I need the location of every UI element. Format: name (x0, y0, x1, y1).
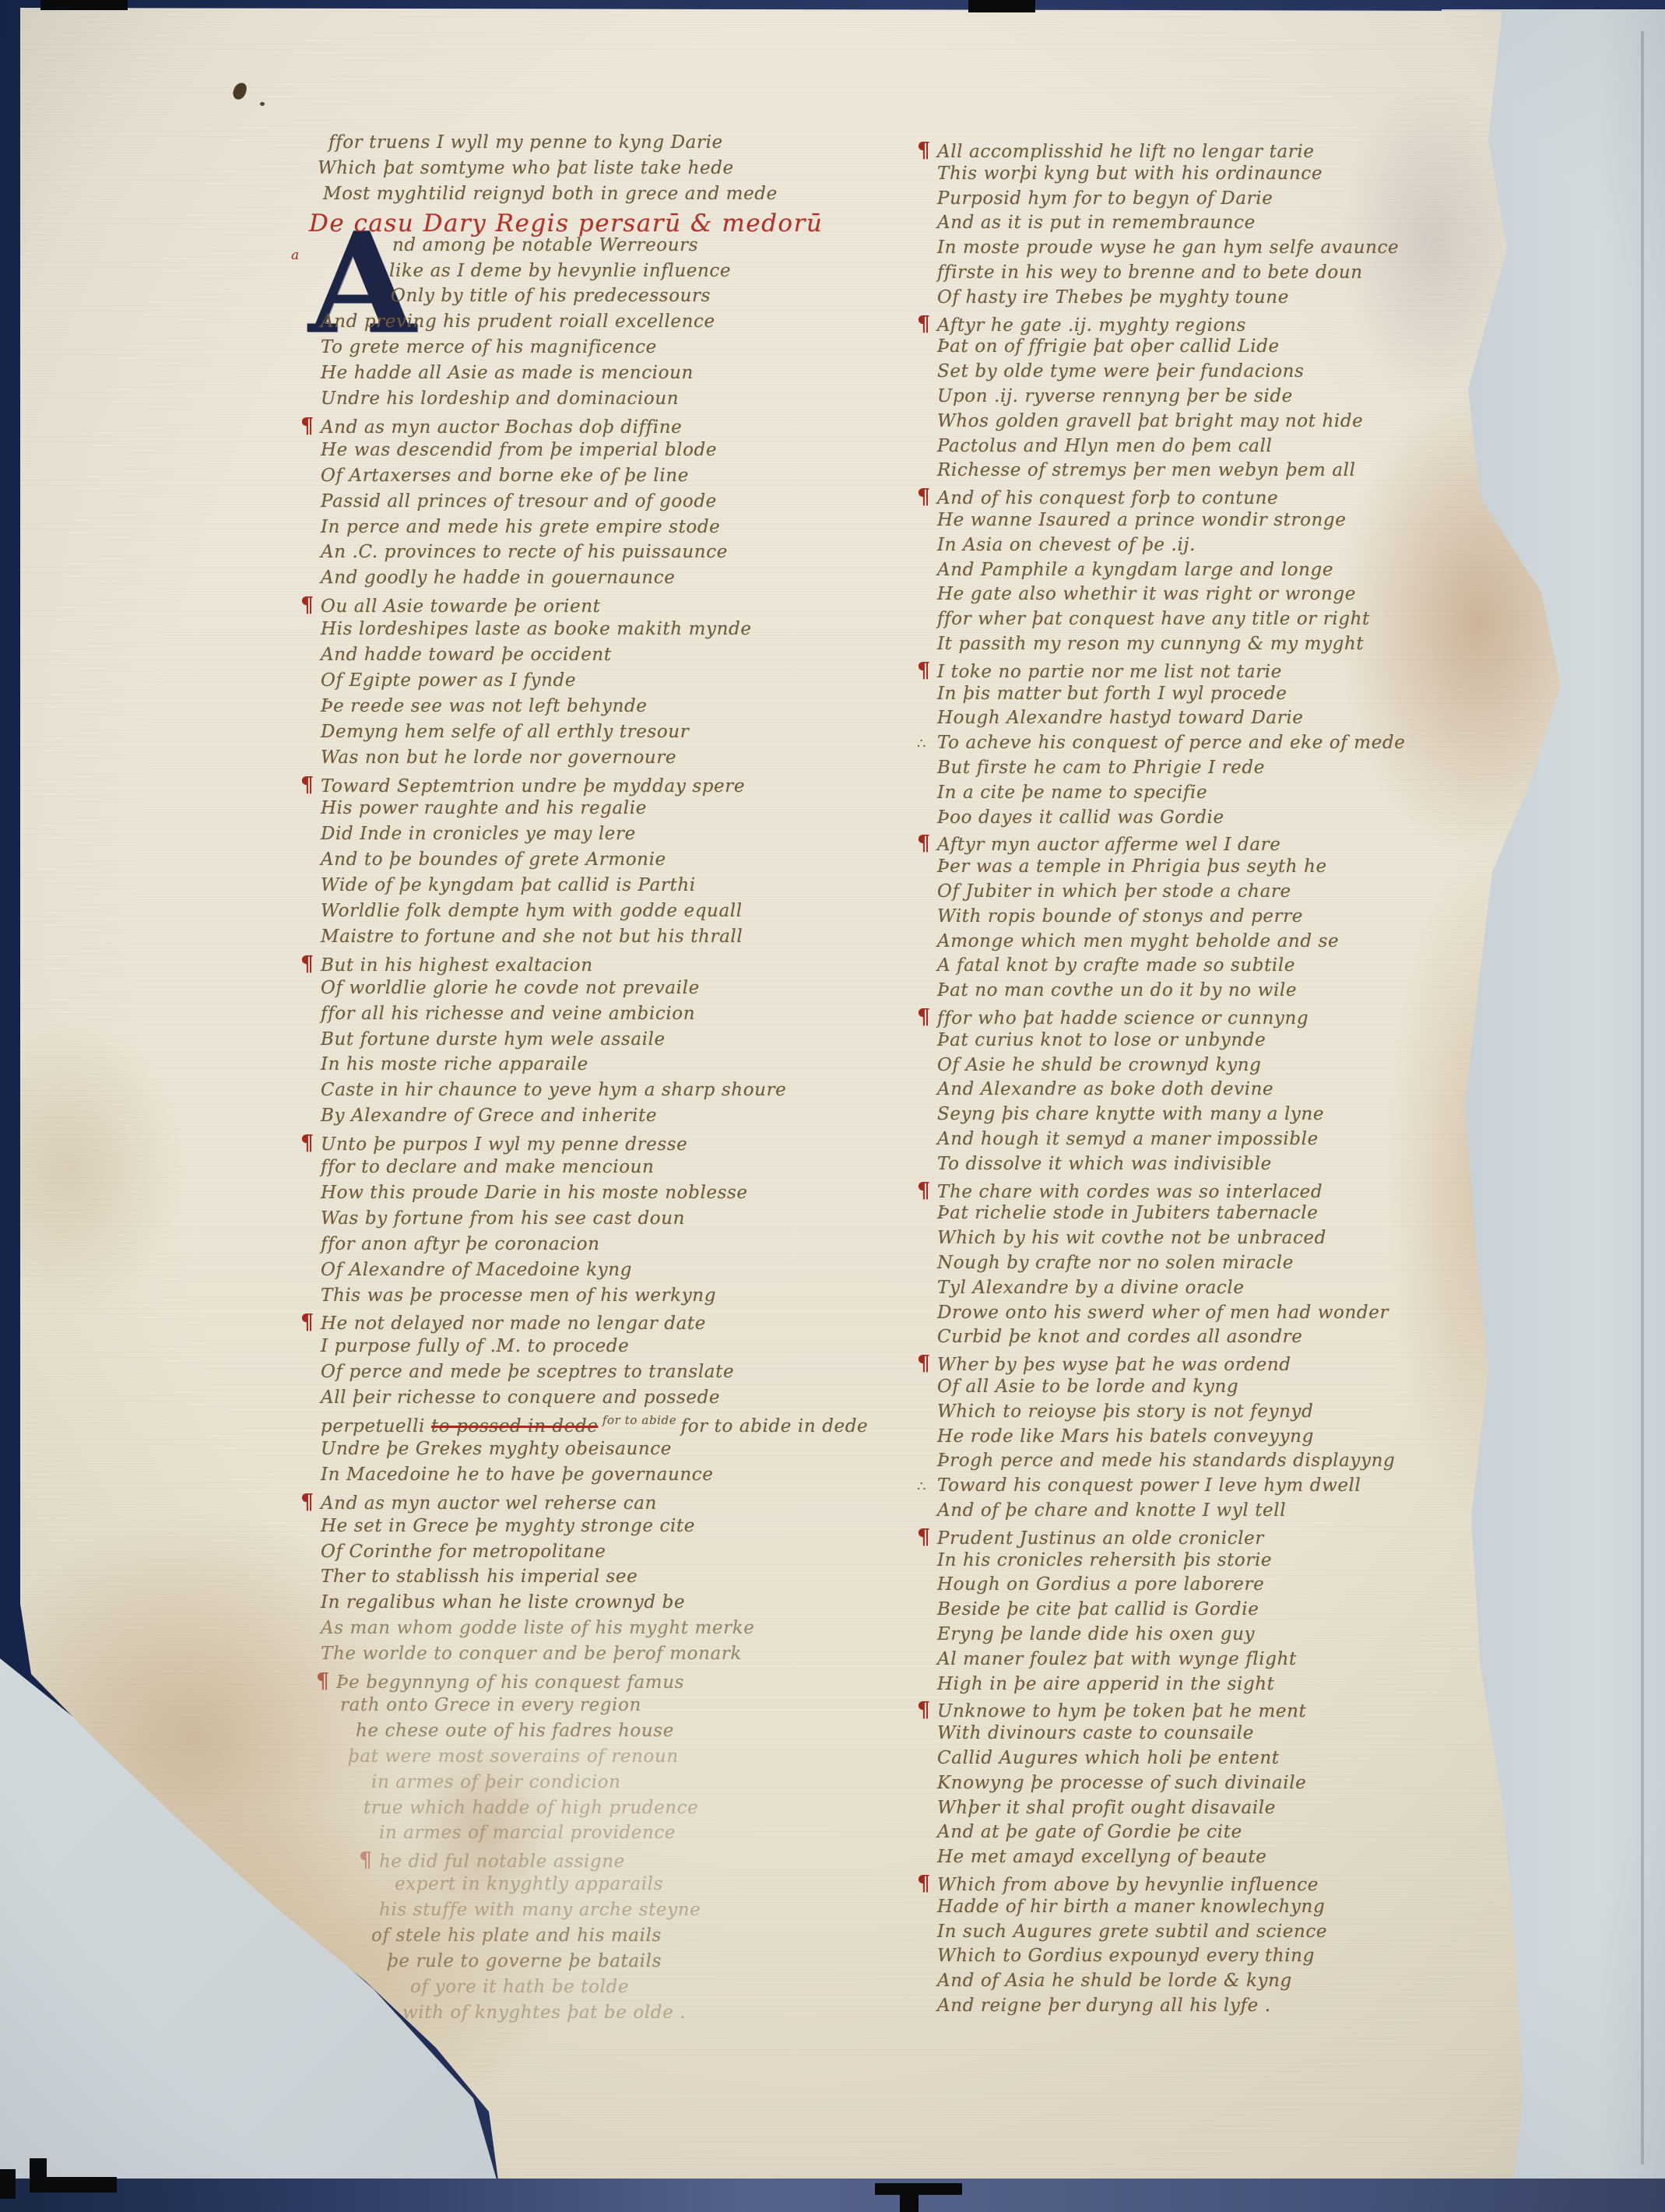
pilcrow-mark: ¶ (917, 1525, 937, 1549)
line-text: nd among þe notable Werreours (392, 235, 698, 255)
line-text: Of perce and mede þe sceptres to transla… (321, 1362, 734, 1382)
line-text: Only by title of his predecessours (391, 286, 711, 306)
verse-line: Of Asie he shuld be crownyd kyng (917, 1055, 1262, 1078)
line-text: He rode like Mars his batels conveyyng (937, 1426, 1314, 1447)
line-segment-pre: perpetuelli (321, 1416, 431, 1437)
line-text: This worþi kyng but with his ordinaunce (937, 164, 1323, 184)
guide-letter: a (291, 248, 299, 263)
line-text: he chese oute of his fadres house (356, 1721, 674, 1741)
line-text: Þe begynnyng of his conquest famus (336, 1672, 684, 1693)
line-text: ffor all his richesse and veine ambicion (321, 1004, 695, 1024)
verse-line: High in þe aire apperid in the sight (917, 1674, 1275, 1697)
verse-line: expert in knyghtly apparails (374, 1874, 663, 1897)
line-text: Al maner foulez þat with wynge flight (937, 1649, 1297, 1669)
verse-line: He met amayd excellyng of beaute (917, 1847, 1266, 1870)
verse-line: ¶And as myn auctor Bochas doþ diffine (300, 414, 682, 438)
verse-line: As man whom godde liste of his myght mer… (300, 1618, 754, 1641)
line-text: ffor anon aftyr þe coronacion (321, 1234, 599, 1254)
line-text: Þat richelie stode in Jubiters tabernacl… (937, 1203, 1318, 1223)
verse-line: Þe reede see was not left behynde (300, 696, 648, 719)
verse-line: And hadde toward þe occident (300, 645, 612, 668)
verse-line: ¶I toke no partie nor me list not tarie (917, 659, 1282, 682)
verse-line: Knowyng þe processe of such divinaile (917, 1773, 1306, 1796)
verse-line: Þrogh perce and mede his standards displ… (917, 1451, 1395, 1474)
verse-line: Upon .ij. ryverse rennyng þer be side (917, 386, 1293, 410)
line-text: In his cronicles rehersith þis storie (937, 1550, 1272, 1570)
line-text: Demyng hem selfe of all erthly tresour (321, 722, 689, 742)
line-text: Toward Septemtrion undre þe mydday spere (321, 776, 745, 797)
verse-line: Was by fortune from his see cast doun (300, 1208, 685, 1232)
line-text: And as it is put in remembraunce (937, 213, 1256, 233)
line-text: of stele his plate and his mails (371, 1925, 662, 1946)
verse-line: ¶he did ful notable assigne (359, 1848, 625, 1872)
line-text: But in his highest exaltacion (321, 955, 593, 976)
verse-line: ¶Which from above by hevynlie influence (917, 1872, 1319, 1895)
line-text: As man whom godde liste of his myght mer… (321, 1618, 754, 1638)
verse-line: But firste he cam to Phrigie I rede (917, 758, 1265, 781)
verse-line: Of Artaxerses and borne eke of þe line (300, 466, 689, 489)
verse-line: Undre his lordeship and dominacioun (300, 389, 679, 412)
line-text: And at þe gate of Gordie þe cite (937, 1822, 1242, 1842)
line-text: All accomplisshid he lift no lengar tari… (937, 142, 1315, 162)
verse-line: Pactolus and Hlyn men do þem call (917, 436, 1273, 459)
line-text: And of his conquest forþ to contune (937, 488, 1278, 508)
verse-line: Callid Augures which holi þe entent (917, 1748, 1280, 1771)
verse-line: How this proude Darie in his moste noble… (300, 1183, 748, 1206)
line-text: Of all Asie to be lorde and kyng (937, 1377, 1238, 1397)
line-text: Undre his lordeship and dominacioun (321, 389, 679, 409)
verse-line: he chese oute of his fadres house (335, 1721, 674, 1744)
verse-line: He hadde all Asie as made is mencioun (300, 363, 694, 386)
verse-line: Eryng þe lande dide his oxen guy (917, 1624, 1255, 1648)
verse-line: Drowe onto his swerd wher of men had won… (917, 1303, 1389, 1326)
pilcrow-mark: ¶ (359, 1848, 379, 1873)
verse-line: And preving his prudent roiall excellenc… (300, 311, 715, 335)
verse-line: Of Corinthe for metropolitane (300, 1542, 606, 1565)
line-text: Of Jubiter in which þer stode a chare (937, 881, 1291, 902)
verse-line: ffor to declare and make mencioun (300, 1157, 654, 1180)
verse-line: And to þe boundes of grete Armonie (300, 849, 666, 873)
line-text: He set in Grece þe myghty stronge cite (321, 1516, 695, 1536)
line-text: Ther to stablissh his imperial see (321, 1567, 638, 1587)
verse-line: Wide of þe kyngdam þat callid is Parthi (300, 875, 696, 899)
verse-line: nd among þe notable Werreours (372, 235, 698, 258)
line-text: ffor wher þat conquest have any title or… (937, 609, 1370, 629)
line-text: Drowe onto his swerd wher of men had won… (937, 1303, 1389, 1323)
line-text: with of knyghtes þat be olde . (402, 2003, 686, 2023)
verse-line: Purposid hym for to begyn of Darie (917, 188, 1273, 212)
line-text: Unto þe purpos I wyl my penne dresse (321, 1134, 687, 1155)
pilcrow-mark: ¶ (300, 773, 321, 797)
line-text: To acheve his conquest of perce and eke … (937, 733, 1405, 753)
verse-line: Did Inde in cronicles ye may lere (300, 824, 636, 847)
line-text: Þer was a temple in Phrigia þus seyth he (937, 856, 1327, 877)
line-text: And of þe chare and knotte I wyl tell (937, 1500, 1286, 1521)
line-text: ffor to declare and make mencioun (321, 1157, 654, 1177)
verse-line: He was descendid from þe imperial blode (300, 440, 717, 463)
verse-line: And Alexandre as boke doth devine (917, 1079, 1273, 1102)
verse-line: In Macedoine he to have þe governaunce (300, 1465, 713, 1488)
line-text: his stuffe with many arche steyne (379, 1900, 701, 1920)
line-text: By Alexandre of Grece and inherite (321, 1106, 657, 1126)
line-text: The chare with cordes was so interlaced (937, 1182, 1323, 1202)
verse-line: Of hasty ire Thebes þe myghty toune (917, 287, 1289, 311)
line-text: Which to reioyse þis story is not feynyd (937, 1401, 1313, 1422)
verse-line: Curbid þe knot and cordes all asondre (917, 1327, 1303, 1350)
line-text: He not delayed nor made no lengar date (321, 1313, 706, 1334)
verse-line: In his moste riche apparaile (300, 1054, 588, 1078)
pilcrow-mark: ¶ (917, 1179, 937, 1203)
verse-line: Worldlie folk dempte hym with godde equa… (300, 901, 743, 924)
line-text: Which by his wit covthe not be unbraced (937, 1228, 1326, 1248)
line-text: Which to Gordius expounyd every thing (937, 1946, 1315, 1966)
verse-line: Which to Gordius expounyd every thing (917, 1946, 1315, 1969)
parchment-page: A a ffor truens I wyll my penne to kyng … (0, 0, 1665, 2212)
verse-line: In þis matter but forth I wyl procede (917, 684, 1287, 707)
line-text: And reigne þer duryng all his lyfe . (937, 1996, 1271, 2016)
line-text: Aftyr myn auctor afferme wel I dare (937, 835, 1280, 855)
verse-line: He rode like Mars his batels conveyyng (917, 1426, 1314, 1450)
verse-line: This was þe processe men of his werkyng (300, 1285, 716, 1309)
line-text: He was descendid from þe imperial blode (321, 440, 717, 460)
verse-line: in armes of marcial providence (359, 1823, 676, 1846)
verse-line: of stele his plate and his mails (351, 1925, 662, 1949)
verse-line: His power raughte and his regalie (300, 798, 647, 821)
ink-dot (260, 102, 265, 106)
line-text: In moste proude wyse he gan hym selfe av… (937, 237, 1399, 258)
verse-line: And at þe gate of Gordie þe cite (917, 1822, 1242, 1845)
pilcrow-mark: ¶ (917, 312, 937, 336)
line-text: he did ful notable assigne (379, 1852, 625, 1872)
line-text: And hadde toward þe occident (321, 645, 612, 665)
line-text: expert in knyghtly apparails (395, 1874, 663, 1894)
verse-line: ffor truens I wyll my penne to kyng Dari… (308, 132, 723, 156)
verse-line: Richesse of stremys þer men webyn þem al… (917, 460, 1356, 484)
line-text: Þoo dayes it callid was Gordie (937, 807, 1224, 828)
verse-line: ∴Toward his conquest power I leve hym dw… (917, 1475, 1361, 1499)
line-segment-sup: for to abide (599, 1413, 681, 1427)
line-text: Whþer it shal profit ought disavaile (937, 1798, 1276, 1818)
verse-line: of yore it hath be tolde (390, 1977, 629, 2000)
verse-line: The worlde to conquer and be þerof monar… (300, 1644, 742, 1667)
verse-line: Þat on of ffrigie þat oþer callid Lide (917, 336, 1280, 360)
line-text: Unknowe to hym þe token þat he ment (937, 1701, 1306, 1721)
line-text: Pactolus and Hlyn men do þem call (937, 436, 1273, 456)
verse-line: Demyng hem selfe of all erthly tresour (300, 722, 689, 745)
line-text: in armes of marcial providence (379, 1823, 676, 1843)
verse-line: Maistre to fortune and she not but his t… (300, 927, 743, 950)
line-text: But firste he cam to Phrigie I rede (937, 758, 1265, 778)
verse-line: þat were most soverains of renoun (328, 1746, 679, 1770)
line-text: His power raughte and his regalie (321, 798, 647, 818)
line-text: Caste in hir chaunce to yeve hym a sharp… (321, 1080, 786, 1100)
line-text: To grete merce of his magnificence (321, 337, 657, 357)
line-text: But fortune durste hym wele assaile (321, 1029, 666, 1050)
verse-line: ¶Unknowe to hym þe token þat he ment (917, 1698, 1306, 1721)
line-text: Þat curius knot to lose or unbynde (937, 1030, 1266, 1050)
line-text: Passid all princes of tresour and of goo… (321, 491, 717, 512)
verse-line: ffor anon aftyr þe coronacion (300, 1234, 599, 1257)
line-text: Curbid þe knot and cordes all asondre (937, 1327, 1303, 1347)
photo-backing-bottom (0, 2179, 1665, 2212)
pilcrow-mark: ¶ (300, 1310, 321, 1335)
line-text: And preving his prudent roiall excellenc… (321, 311, 715, 332)
line-text: Of Alexandre of Macedoine kyng (321, 1260, 632, 1280)
line-text: High in þe aire apperid in the sight (937, 1674, 1275, 1694)
line-text: Nough by crafte nor no solen miracle (937, 1253, 1294, 1273)
verse-line: And hough it semyd a maner impossible (917, 1129, 1319, 1152)
pilcrow-mark: ¶ (300, 1131, 321, 1155)
verse-line: Whþer it shal profit ought disavaile (917, 1798, 1276, 1821)
manuscript-photo: { "meta": { "description": "Medieval man… (0, 0, 1665, 2212)
line-text: Hadde of hir birth a maner knowlechyng (937, 1897, 1325, 1917)
verse-line: All þeir richesse to conquere and possed… (300, 1387, 720, 1411)
line-text: Which þat somtyme who þat liste take hed… (318, 158, 734, 178)
line-text: in armes of þeir condicion (371, 1772, 621, 1792)
verse-line: Ther to stablissh his imperial see (300, 1567, 638, 1590)
verse-line: Most myghtilid reignyd both in grece and… (303, 184, 778, 207)
verse-line: By Alexandre of Grece and inherite (300, 1106, 657, 1129)
verse-line: I purpose fully of .M. to procede (300, 1336, 629, 1359)
line-text: Þe reede see was not left behynde (321, 696, 648, 716)
pilcrow-mark: ¶ (917, 832, 937, 856)
line-text: Whos golden gravell þat bright may not h… (937, 411, 1363, 431)
line-text: I purpose fully of .M. to procede (321, 1336, 629, 1356)
verse-line: With divinours caste to counsaile (917, 1723, 1254, 1746)
line-text: In Macedoine he to have þe governaunce (321, 1465, 713, 1485)
verse-line: In his cronicles rehersith þis storie (917, 1550, 1272, 1574)
line-text: In perce and mede his grete empire stode (321, 517, 720, 537)
line-text: Of worldlie glorie he covde not prevaile (321, 978, 700, 998)
verse-line: In moste proude wyse he gan hym selfe av… (917, 237, 1399, 261)
verse-line: Þat richelie stode in Jubiters tabernacl… (917, 1203, 1318, 1226)
line-text: Amonge which men myght beholde and se (937, 931, 1339, 951)
verse-line: ffirste in his wey to brenne and to bete… (917, 262, 1363, 286)
verse-line: And Pamphile a kyngdam large and longe (917, 560, 1333, 583)
line-text: Of Asie he shuld be crownyd kyng (937, 1055, 1262, 1075)
verse-line: ¶ffor who þat hadde science or cunnyng (917, 1005, 1308, 1029)
line-text: In Asia on chevest of þe .ij. (937, 535, 1196, 555)
asterism-mark: ∴ (917, 1479, 937, 1495)
verse-line: Undre þe Grekes myghty obeisaunce (300, 1439, 672, 1462)
line-text: And hough it semyd a maner impossible (937, 1129, 1319, 1149)
line-text: I toke no partie nor me list not tarie (937, 662, 1282, 682)
line-text: of yore it hath be tolde (410, 1977, 629, 1997)
verse-line: He set in Grece þe myghty stronge cite (300, 1516, 695, 1539)
verse-line: ¶Toward Septemtrion undre þe mydday sper… (300, 773, 745, 797)
verse-line: rath onto Grece in every region (320, 1695, 641, 1718)
line-text: rath onto Grece in every region (340, 1695, 641, 1715)
line-text: And of Asia he shuld be lorde & kyng (937, 1971, 1292, 1991)
mount-clip-top-left (40, 0, 128, 10)
line-text: Seyng þis chare knytte with many a lyne (937, 1104, 1324, 1124)
verse-line: ∴To acheve his conquest of perce and eke… (917, 733, 1405, 756)
verse-line: like as I deme by hevynlie influence (369, 261, 731, 284)
line-text: This was þe processe men of his werkyng (321, 1285, 716, 1306)
line-text: To dissolve it which was indivisible (937, 1154, 1272, 1174)
line-text: ffirste in his wey to brenne and to bete… (937, 262, 1363, 283)
asterism-mark: ∴ (917, 736, 937, 752)
verse-line: þe rule to governe þe batails (367, 1951, 662, 1975)
line-text: Purposid hym for to begyn of Darie (937, 188, 1273, 209)
line-text: And goodly he hadde in gouernaunce (321, 568, 675, 588)
line-text: Of hasty ire Thebes þe myghty toune (937, 287, 1289, 308)
verse-line: And of Asia he shuld be lorde & kyng (917, 1971, 1292, 1994)
verse-line: Which þat somtyme who þat liste take hed… (297, 158, 734, 181)
line-text: Tyl Alexandre by a divine oracle (937, 1278, 1245, 1298)
line-text: Eryng þe lande dide his oxen guy (937, 1624, 1255, 1644)
verse-line: Seyng þis chare knytte with many a lyne (917, 1104, 1324, 1127)
line-text: In such Augures grete subtil and science (937, 1922, 1327, 1942)
verse-line: And goodly he hadde in gouernaunce (300, 568, 675, 591)
line-text: It passith my reson my cunnyng & my mygh… (937, 634, 1364, 654)
line-text: Maistre to fortune and she not but his t… (321, 927, 743, 947)
line-text: He gate also whethir it was right or wro… (937, 584, 1356, 604)
pilcrow-mark: ¶ (300, 593, 321, 617)
verse-line: Of all Asie to be lorde and kyng (917, 1377, 1238, 1400)
verse-line: Caste in hir chaunce to yeve hym a sharp… (300, 1080, 786, 1103)
line-text: Of Artaxerses and borne eke of þe line (321, 466, 689, 486)
line-text: He hadde all Asie as made is mencioun (321, 363, 694, 383)
verse-line: Whos golden gravell þat bright may not h… (917, 411, 1363, 434)
verse-line: true which hadde of high prudence (343, 1798, 698, 1821)
line-text: ffor truens I wyll my penne to kyng Dari… (328, 132, 723, 153)
line-segment-post: for to abide in dede (681, 1416, 869, 1437)
verse-line: Passid all princes of tresour and of goo… (300, 491, 717, 515)
verse-line: Only by title of his predecessours (371, 286, 711, 309)
verse-line: Beside þe cite þat callid is Gordie (917, 1599, 1259, 1623)
verse-line: ¶And of his conquest forþ to contune (917, 485, 1278, 508)
line-text: Aftyr he gate .ij. myghty regions (937, 315, 1246, 336)
line-text: Þrogh perce and mede his standards displ… (937, 1451, 1395, 1471)
verse-line: To dissolve it which was indivisible (917, 1154, 1272, 1177)
verse-line: ¶Wher by þes wyse þat he was ordend (917, 1352, 1291, 1375)
verse-line: ¶Aftyr he gate .ij. myghty regions (917, 312, 1246, 336)
verse-line: Which by his wit covthe not be unbraced (917, 1228, 1326, 1251)
verse-line: Þoo dayes it callid was Gordie (917, 807, 1224, 831)
line-text: The worlde to conquer and be þerof monar… (321, 1644, 742, 1664)
verse-line: Was non but he lorde nor governoure (300, 747, 676, 771)
mount-clip-bottom-corner (0, 2169, 16, 2199)
line-text: Ou all Asie towarde þe orient (321, 596, 600, 617)
line-text: Prudent Justinus an olde cronicler (937, 1528, 1264, 1549)
verse-line: In a cite þe name to specifie (917, 782, 1207, 806)
line-text: He wanne Isaured a prince wondir stronge (937, 510, 1346, 530)
pilcrow-mark: ¶ (917, 1872, 937, 1896)
line-text: With divinours caste to counsaile (937, 1723, 1254, 1743)
pilcrow-mark: ¶ (300, 952, 321, 976)
verse-line: ¶But in his highest exaltacion (300, 952, 593, 976)
line-text: A fatal knot by crafte made so subtile (937, 955, 1295, 976)
verse-line: Of Jubiter in which þer stode a chare (917, 881, 1291, 905)
underleaf-crease (1641, 31, 1644, 2165)
line-text: And Alexandre as boke doth devine (937, 1079, 1273, 1099)
verse-line: Which to reioyse þis story is not feynyd (917, 1401, 1313, 1425)
pilcrow-mark: ¶ (917, 1352, 937, 1376)
ink-blot (231, 81, 248, 100)
verse-line: his stuffe with many arche steyne (359, 1900, 701, 1923)
verse-line: ¶All accomplisshid he lift no lengar tar… (917, 139, 1315, 162)
line-text: Set by olde tyme were þeir fundacions (937, 361, 1304, 382)
mount-clip-bottom-bar (875, 2183, 962, 2195)
line-text: Callid Augures which holi þe entent (937, 1748, 1280, 1768)
verse-line: ffor wher þat conquest have any title or… (917, 609, 1370, 632)
line-text: Wide of þe kyngdam þat callid is Parthi (321, 875, 696, 895)
line-text: Beside þe cite þat callid is Gordie (937, 1599, 1259, 1619)
verse-line: in armes of þeir condicion (351, 1772, 621, 1795)
pilcrow-mark: ¶ (917, 1005, 937, 1029)
line-text: Upon .ij. ryverse rennyng þer be side (937, 386, 1293, 406)
line-text: Did Inde in cronicles ye may lere (321, 824, 636, 844)
line-text: His lordeshipes laste as booke makith my… (321, 619, 752, 639)
verse-line: In Asia on chevest of þe .ij. (917, 535, 1196, 558)
verse-line: This worþi kyng but with his ordinaunce (917, 164, 1323, 187)
line-text: Of Corinthe for metropolitane (321, 1542, 606, 1562)
verse-line: With ropis bounde of stonys and perre (917, 906, 1303, 930)
verse-line: ¶Ou all Asie towarde þe orient (300, 593, 600, 617)
line-text: Which from above by hevynlie influence (937, 1875, 1319, 1895)
line-text: And Pamphile a kyngdam large and longe (937, 560, 1333, 580)
verse-line: ffor all his richesse and veine ambicion (300, 1004, 695, 1027)
line-text: true which hadde of high prudence (364, 1798, 698, 1818)
line-text: And as myn auctor Bochas doþ diffine (321, 417, 682, 438)
verse-line: He gate also whethir it was right or wro… (917, 584, 1356, 607)
verse-line: In such Augures grete subtil and science (917, 1922, 1327, 1945)
rubric-heading: De casu Dary Regis persarū & medorū (289, 209, 823, 233)
line-text: Þat no man covthe un do it by no wile (937, 980, 1297, 1000)
verse-line: Set by olde tyme were þeir fundacions (917, 361, 1304, 385)
pilcrow-mark: ¶ (917, 1698, 937, 1722)
verse-line: ¶The chare with cordes was so interlaced (917, 1179, 1323, 1202)
verse-line: Tyl Alexandre by a divine oracle (917, 1278, 1245, 1301)
line-text: How this proude Darie in his moste noble… (321, 1183, 748, 1203)
line-text: And as myn auctor wel reherse can (321, 1493, 657, 1514)
line-text: All þeir richesse to conquere and possed… (321, 1387, 720, 1408)
line-text: Was non but he lorde nor governoure (321, 747, 676, 768)
line-text: like as I deme by hevynlie influence (389, 261, 731, 281)
verse-line: Amonge which men myght beholde and se (917, 931, 1339, 955)
line-text: In a cite þe name to specifie (937, 782, 1207, 803)
verse-line: Hadde of hir birth a maner knowlechyng (917, 1897, 1325, 1920)
verse-line: with of knyghtes þat be olde . (382, 2003, 686, 2026)
verse-line: An .C. provinces to recte of his puissau… (300, 542, 728, 565)
line-text: Wher by þes wyse þat he was ordend (937, 1355, 1291, 1375)
line-text: Hough Alexandre hastyd toward Darie (937, 708, 1304, 728)
mount-clip-bottom-left-horizontal (30, 2177, 117, 2193)
verse-line: In regalibus whan he liste crownyd be (300, 1592, 685, 1616)
verse-line: Hough Alexandre hastyd toward Darie (917, 708, 1304, 731)
verse-line: ¶Þe begynnyng of his conquest famus (316, 1669, 684, 1693)
verse-line: Of perce and mede þe sceptres to transla… (300, 1362, 734, 1385)
line-text: Þat on of ffrigie þat oþer callid Lide (937, 336, 1280, 357)
line-text: þat were most soverains of renoun (348, 1746, 679, 1767)
mount-clip-bottom-stem (900, 2193, 919, 2212)
verse-line: ¶Aftyr myn auctor afferme wel I dare (917, 832, 1280, 855)
line-text: Undre þe Grekes myghty obeisaunce (321, 1439, 672, 1459)
verse-line: ¶And as myn auctor wel reherse can (300, 1490, 657, 1514)
verse-line: His lordeshipes laste as booke makith my… (300, 619, 752, 642)
line-text: And to þe boundes of grete Armonie (321, 849, 666, 870)
verse-line: Þat curius knot to lose or unbynde (917, 1030, 1266, 1053)
line-text: With ropis bounde of stonys and perre (937, 906, 1303, 927)
verse-line: Þer was a temple in Phrigia þus seyth he (917, 856, 1327, 880)
verse-line: Of worldlie glorie he covde not prevaile (300, 978, 700, 1001)
verse-line: And reigne þer duryng all his lyfe . (917, 1996, 1271, 2019)
verse-line: A fatal knot by crafte made so subtile (917, 955, 1295, 979)
pilcrow-mark: ¶ (917, 485, 937, 509)
line-text: Toward his conquest power I leve hym dwe… (937, 1475, 1361, 1496)
line-text: In þis matter but forth I wyl procede (937, 684, 1287, 704)
